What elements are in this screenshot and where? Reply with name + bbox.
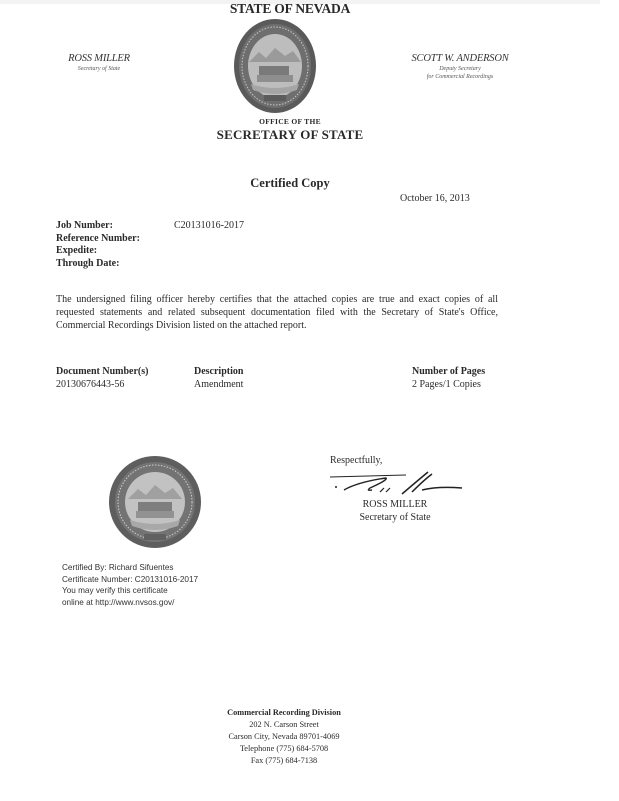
- footer-street: 202 N. Carson Street: [0, 719, 568, 731]
- office-secretary-of-state: SECRETARY OF STATE: [0, 127, 580, 143]
- description-header: Description: [194, 366, 243, 379]
- footer-address: Commercial Recording Division 202 N. Car…: [0, 707, 568, 767]
- expedite-label: Expedite:: [56, 245, 174, 258]
- reference-number-label: Reference Number:: [56, 233, 174, 246]
- job-number-value: C20131016-2017: [174, 220, 244, 233]
- signer-name: ROSS MILLER: [340, 499, 450, 512]
- signer: ROSS MILLER Secretary of State: [340, 499, 450, 524]
- right-official-title-line1: Deputy Secretary: [380, 66, 540, 74]
- left-official-title: Secretary of State: [40, 66, 158, 74]
- right-official-title-line2: for Commercial Recordings: [380, 74, 540, 82]
- state-title: STATE OF NEVADA: [0, 1, 580, 17]
- job-number-label: Job Number:: [56, 220, 174, 233]
- verify-line-1: You may verify this certificate: [62, 585, 198, 597]
- right-official-name: SCOTT W. ANDERSON: [380, 53, 540, 64]
- signature-closing: Respectfully,: [330, 455, 382, 466]
- nevada-seal-icon: [233, 18, 317, 114]
- pages-cell: 2 Pages/1 Copies: [412, 379, 485, 392]
- footer-division: Commercial Recording Division: [0, 707, 568, 719]
- right-official-title: Deputy Secretary for Commercial Recordin…: [380, 66, 540, 81]
- pages-column: Number of Pages 2 Pages/1 Copies: [412, 366, 485, 391]
- right-official: SCOTT W. ANDERSON Deputy Secretary for C…: [380, 53, 540, 81]
- office-of-the: OFFICE OF THE: [0, 117, 580, 126]
- nevada-seal-icon: [108, 455, 202, 549]
- signature-icon: [328, 468, 468, 500]
- document-number-header: Document Number(s): [56, 366, 149, 379]
- through-date-label: Through Date:: [56, 258, 174, 271]
- job-number-row: Job Number: C20131016-2017: [56, 220, 244, 233]
- description-cell: Amendment: [194, 379, 243, 392]
- certification-details: Certified By: Richard Sifuentes Certific…: [62, 562, 198, 608]
- certificate-date: October 16, 2013: [400, 193, 470, 204]
- through-date-row: Through Date:: [56, 258, 244, 271]
- certification-statement: The undersigned filing officer hereby ce…: [56, 293, 498, 332]
- expedite-row: Expedite:: [56, 245, 244, 258]
- footer-fax: Fax (775) 684-7138: [0, 755, 568, 767]
- document-number-cell: 20130676443-56: [56, 379, 149, 392]
- document-number-column: Document Number(s) 20130676443-56: [56, 366, 149, 391]
- pages-header: Number of Pages: [412, 366, 485, 379]
- left-official-name: ROSS MILLER: [40, 53, 158, 64]
- certificate-title: Certified Copy: [0, 176, 580, 191]
- left-official: ROSS MILLER Secretary of State: [40, 53, 158, 74]
- description-column: Description Amendment: [194, 366, 243, 391]
- footer-city: Carson City, Nevada 89701-4069: [0, 731, 568, 743]
- certificate-number: Certificate Number: C20131016-2017: [62, 574, 198, 586]
- reference-number-row: Reference Number:: [56, 233, 244, 246]
- job-info: Job Number: C20131016-2017 Reference Num…: [56, 220, 244, 270]
- certified-by: Certified By: Richard Sifuentes: [62, 562, 198, 574]
- signer-title: Secretary of State: [340, 512, 450, 525]
- verify-line-2: online at http://www.nvsos.gov/: [62, 597, 198, 609]
- footer-telephone: Telephone (775) 684-5708: [0, 743, 568, 755]
